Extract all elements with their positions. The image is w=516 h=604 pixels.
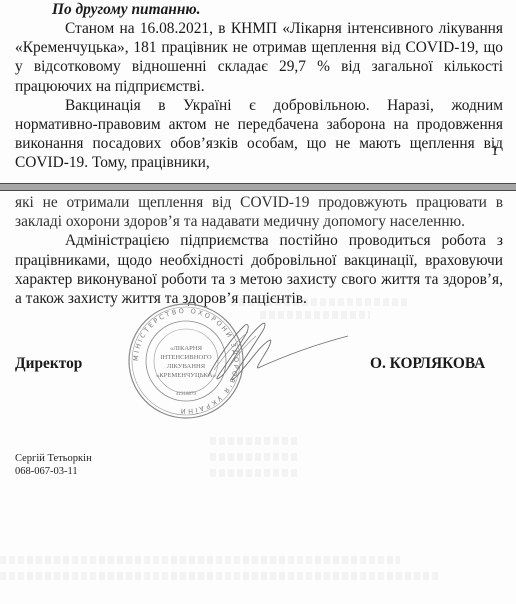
page-break-divider xyxy=(0,183,516,191)
page-number: 1 xyxy=(491,143,499,160)
bleed-through-mark xyxy=(210,437,300,445)
paragraph-administration-work: Адміністрацією підприємства постійно про… xyxy=(15,231,503,308)
signature-block: Директор О. КОРЛЯКОВА xyxy=(15,355,503,377)
paragraph-continuation: які не отримали щеплення від COVID-19 пр… xyxy=(15,193,503,231)
handwritten-signature-icon xyxy=(200,318,350,388)
paragraph-vaccination-voluntary: Вакцинація в Україні є добровільною. Нар… xyxy=(15,96,503,173)
document-page-1: По другому питанню. Станом на 16.08.2021… xyxy=(0,0,516,183)
page-1-body: По другому питанню. Станом на 16.08.2021… xyxy=(15,0,503,173)
contact-block: Сергій Тетьоркін 068-067-03-11 xyxy=(15,452,92,478)
stamp-line-1: «ЛІКАРНЯ xyxy=(170,345,203,352)
bleed-through-mark xyxy=(210,469,300,477)
bleed-through-mark xyxy=(0,572,440,580)
bleed-through-mark xyxy=(0,556,400,564)
contact-name: Сергій Тетьоркін xyxy=(15,452,92,465)
signatory-name: О. КОРЛЯКОВА xyxy=(370,355,485,373)
section-heading: По другому питанню. xyxy=(15,0,503,19)
contact-phone: 068-067-03-11 xyxy=(15,465,92,478)
stamp-code: 41318879 xyxy=(176,392,197,397)
signatory-title: Директор xyxy=(15,355,82,373)
bleed-through-mark xyxy=(210,453,300,461)
paragraph-vaccination-stats: Станом на 16.08.2021, в КНМП «Лікарня ін… xyxy=(15,19,503,96)
page-2-body: які не отримали щеплення від COVID-19 пр… xyxy=(15,193,503,308)
